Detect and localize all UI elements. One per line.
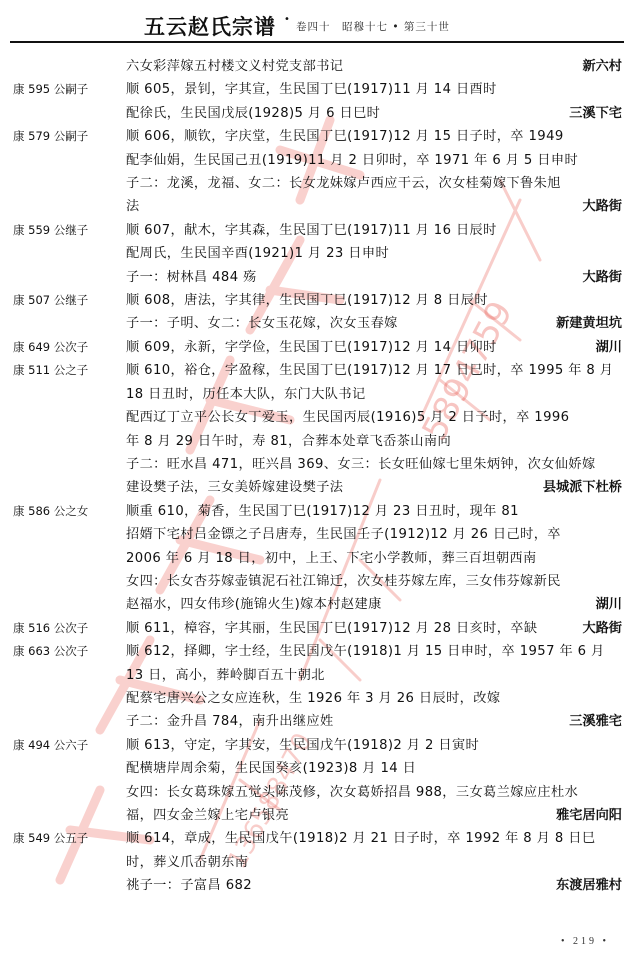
entry-text: 配周氏，生民国辛酉(1921)1 月 23 日申时	[126, 242, 389, 265]
residence-place: 大路街	[582, 195, 622, 218]
residence-place: 新建黄坦坑	[556, 312, 622, 335]
entry-text: 配蔡宅唐兴公之女应连秋，生 1926 年 3 月 26 日辰时，改嫁	[126, 687, 500, 710]
entry-text: 福，四女金兰嫁上宅卢银亮	[126, 804, 289, 827]
entry-text: 顺 605，景钊，字其宣，生民国丁巳(1917)11 月 14 日酉时	[126, 78, 497, 101]
entry-text: 子二：龙溪，龙福、女二：长女龙妹嫁卢西应干云，次女桂菊嫁下鲁朱旭	[126, 172, 561, 195]
entry-text: 子二：旺水昌 471，旺兴昌 369、女三：长女旺仙嫁七里朱炳钟，次女仙娇嫁	[126, 453, 596, 476]
entry-line: 招婿下宅村吕金镖之子吕唐寿，生民国壬子(1912)12 月 26 日己时，卒	[0, 523, 635, 546]
entry-line: 18 日丑时，历任本大队，东门大队书记	[0, 383, 635, 406]
entry-text: 配徐氏，生民国戊辰(1928)5 月 6 日巳时	[126, 102, 380, 125]
entry-line: 时，葬义爪岙朝东南	[0, 851, 635, 874]
lineage-label: 康 511 公之子	[13, 359, 88, 382]
entry-line: 祧子一：子富昌 682东渡居雅村	[0, 874, 635, 897]
entry-text: 子二：金升昌 784，南升出继应姓	[126, 710, 334, 733]
residence-place: 三溪雅宅	[569, 710, 622, 733]
entry-text: 女四：长女杏芬嫁壶镇泥石社江锦迁，次女桂芬嫁左库，三女伟芬嫁新民	[126, 570, 561, 593]
entry-text: 祧子一：子富昌 682	[126, 874, 252, 897]
residence-place: 大路街	[582, 266, 622, 289]
lineage-label: 康 559 公继子	[13, 219, 88, 242]
residence-place: 湖川	[596, 336, 622, 359]
book-title: 五云赵氏宗谱	[144, 11, 276, 41]
volume-generation-subtitle: 卷四十 昭穆十七 • 第三十世	[296, 19, 450, 34]
lineage-label: 康 663 公次子	[13, 640, 88, 663]
entry-line: 子二：龙溪，龙福、女二：长女龙妹嫁卢西应干云，次女桂菊嫁下鲁朱旭	[0, 172, 635, 195]
lineage-label: 康 595 公嗣子	[13, 78, 88, 101]
entry-line: 子二：金升昌 784，南升出继应姓三溪雅宅	[0, 710, 635, 733]
entry-line: 女四：长女葛珠嫁五觉头陈茂修，次女葛娇招昌 988，三女葛兰嫁应庄杜水	[0, 781, 635, 804]
entry-line: 2006 年 6 月 18 日，初中，上王、下宅小学教师，葬三百坦朝西南	[0, 547, 635, 570]
entry-line: 建设樊子法，三女美娇嫁建设樊子法县城派下杜桥	[0, 476, 635, 499]
entry-line: 康 595 公嗣子顺 605，景钊，字其宣，生民国丁巳(1917)11 月 14…	[0, 78, 635, 101]
entry-line: 子一：子明、女二：长女玉花嫁，次女玉春嫁新建黄坦坑	[0, 312, 635, 335]
entry-line: 配蔡宅唐兴公之女应连秋，生 1926 年 3 月 26 日辰时，改嫁	[0, 687, 635, 710]
entry-line: 法大路街	[0, 195, 635, 218]
entry-line: 年 8 月 29 日午时，寿 81，合葬本处章飞岙茶山南向	[0, 430, 635, 453]
entry-line: 康 494 公六子顺 613，守定，字其安，生民国戊午(1918)2 月 2 日…	[0, 734, 635, 757]
entry-text: 顺 609，永新，字学俭，生民国丁巳(1917)12 月 14 日卯时	[126, 336, 497, 359]
entry-line: 配徐氏，生民国戊辰(1928)5 月 6 日巳时三溪下宅	[0, 102, 635, 125]
entry-text: 建设樊子法，三女美娇嫁建设樊子法	[126, 476, 343, 499]
entry-line: 子一：树林昌 484 殇大路街	[0, 266, 635, 289]
entry-line: 康 511 公之子顺 610，裕仓，字盈稼，生民国丁巳(1917)12 月 17…	[0, 359, 635, 382]
entry-line: 康 559 公继子顺 607，献木，字其森，生民国丁巳(1917)11 月 16…	[0, 219, 635, 242]
entry-text: 顺 614，章成，生民国戊午(1918)2 月 21 日子时，卒 1992 年 …	[126, 827, 595, 850]
genealogy-entries: 六女彩萍嫁五村楼文义村党支部书记新六村 康 595 公嗣子顺 605，景钊，字其…	[0, 55, 635, 898]
entry-text: 六女彩萍嫁五村楼文义村党支部书记	[126, 55, 343, 78]
entry-text: 顺 606，顺钦，字庆堂，生民国丁巳(1917)12 月 15 日子时，卒 19…	[126, 125, 564, 148]
entry-text: 2006 年 6 月 18 日，初中，上王、下宅小学教师，葬三百坦朝西南	[126, 547, 537, 570]
entry-line: 康 579 公嗣子顺 606，顺钦，字庆堂，生民国丁巳(1917)12 月 15…	[0, 125, 635, 148]
entry-line: 配李仙娟，生民国己丑(1919)11 月 2 日卯时，卒 1971 年 6 月 …	[0, 149, 635, 172]
entry-text: 时，葬义爪岙朝东南	[126, 851, 248, 874]
entry-text: 顺 610，裕仓，字盈稼，生民国丁巳(1917)12 月 17 日巳时，卒 19…	[126, 359, 613, 382]
entry-line: 配西辽丁立平公长女丁爱玉，生民国丙辰(1916)5 月 2 日子时，卒 1996	[0, 406, 635, 429]
residence-place: 新六村	[582, 55, 622, 78]
entry-text: 18 日丑时，历任本大队，东门大队书记	[126, 383, 366, 406]
entry-text: 子一：树林昌 484 殇	[126, 266, 257, 289]
entry-text: 顺重 610，菊香，生民国丁巳(1917)12 月 23 日丑时，现年 81	[126, 500, 519, 523]
entry-line: 赵福水，四女伟珍(施锦火生)嫁本村赵建康湖川	[0, 593, 635, 616]
lineage-label: 康 549 公五子	[13, 827, 88, 850]
lineage-label: 康 507 公继子	[13, 289, 88, 312]
entry-line: 配周氏，生民国辛酉(1921)1 月 23 日申时	[0, 242, 635, 265]
residence-place: 大路街	[582, 617, 622, 640]
entry-text: 顺 608，唐法，字其律，生民国丁巳(1917)12 月 8 日辰时	[126, 289, 488, 312]
entry-text: 赵福水，四女伟珍(施锦火生)嫁本村赵建康	[126, 593, 382, 616]
residence-place: 三溪下宅	[569, 102, 622, 125]
header-rule	[10, 41, 624, 43]
entry-text: 配横塘岸周余菊，生民国癸亥(1923)8 月 14 日	[126, 757, 416, 780]
entry-line: 康 516 公次子顺 611，樟容，字其丽，生民国丁巳(1917)12 月 28…	[0, 617, 635, 640]
entry-line: 康 507 公继子顺 608，唐法，字其律，生民国丁巳(1917)12 月 8 …	[0, 289, 635, 312]
lineage-label: 康 579 公嗣子	[13, 125, 88, 148]
page-header: 五云赵氏宗谱 • 卷四十 昭穆十七 • 第三十世	[0, 0, 635, 42]
entry-line: 六女彩萍嫁五村楼文义村党支部书记新六村	[0, 55, 635, 78]
entry-text: 法	[126, 195, 140, 218]
entry-text: 13 日，高小，葬岭脚百五十朝北	[126, 664, 325, 687]
entry-text: 招婿下宅村吕金镖之子吕唐寿，生民国壬子(1912)12 月 26 日己时，卒	[126, 523, 561, 546]
lineage-label: 康 586 公之女	[13, 500, 88, 523]
residence-place: 雅宅居向阳	[556, 804, 622, 827]
title-separator: •	[284, 14, 290, 25]
entry-line: 康 649 公次子顺 609，永新，字学俭，生民国丁巳(1917)12 月 14…	[0, 336, 635, 359]
entry-line: 康 549 公五子顺 614，章成，生民国戊午(1918)2 月 21 日子时，…	[0, 827, 635, 850]
entry-text: 顺 613，守定，字其安，生民国戊午(1918)2 月 2 日寅时	[126, 734, 479, 757]
residence-place: 县城派下杜桥	[543, 476, 622, 499]
entry-line: 女四：长女杏芬嫁壶镇泥石社江锦迁，次女桂芬嫁左库，三女伟芬嫁新民	[0, 570, 635, 593]
lineage-label: 康 494 公六子	[13, 734, 88, 757]
entry-line: 康 586 公之女顺重 610，菊香，生民国丁巳(1917)12 月 23 日丑…	[0, 500, 635, 523]
entry-text: 配李仙娟，生民国己丑(1919)11 月 2 日卯时，卒 1971 年 6 月 …	[126, 149, 578, 172]
lineage-label: 康 516 公次子	[13, 617, 88, 640]
lineage-label: 康 649 公次子	[13, 336, 88, 359]
entry-text: 顺 612，择卿，字士经，生民国戊午(1918)1 月 15 日申时，卒 195…	[126, 640, 605, 663]
residence-place: 东渡居雅村	[556, 874, 622, 897]
entry-text: 女四：长女葛珠嫁五觉头陈茂修，次女葛娇招昌 988，三女葛兰嫁应庄杜水	[126, 781, 578, 804]
entry-text: 年 8 月 29 日午时，寿 81，合葬本处章飞岙茶山南向	[126, 430, 451, 453]
entry-text: 配西辽丁立平公长女丁爱玉，生民国丙辰(1916)5 月 2 日子时，卒 1996	[126, 406, 569, 429]
entry-line: 子二：旺水昌 471，旺兴昌 369、女三：长女旺仙嫁七里朱炳钟，次女仙娇嫁	[0, 453, 635, 476]
residence-place: 湖川	[596, 593, 622, 616]
entry-line: 配横塘岸周余菊，生民国癸亥(1923)8 月 14 日	[0, 757, 635, 780]
entry-text: 子一：子明、女二：长女玉花嫁，次女玉春嫁	[126, 312, 398, 335]
entry-line: 13 日，高小，葬岭脚百五十朝北	[0, 664, 635, 687]
entry-line: 康 663 公次子顺 612，择卿，字士经，生民国戊午(1918)1 月 15 …	[0, 640, 635, 663]
entry-text: 顺 607，献木，字其森，生民国丁巳(1917)11 月 16 日辰时	[126, 219, 497, 242]
entry-line: 福，四女金兰嫁上宅卢银亮雅宅居向阳	[0, 804, 635, 827]
page-number: • 219 •	[561, 936, 609, 947]
entry-text: 顺 611，樟容，字其丽，生民国丁巳(1917)12 月 28 日亥时，卒缺	[126, 617, 538, 640]
